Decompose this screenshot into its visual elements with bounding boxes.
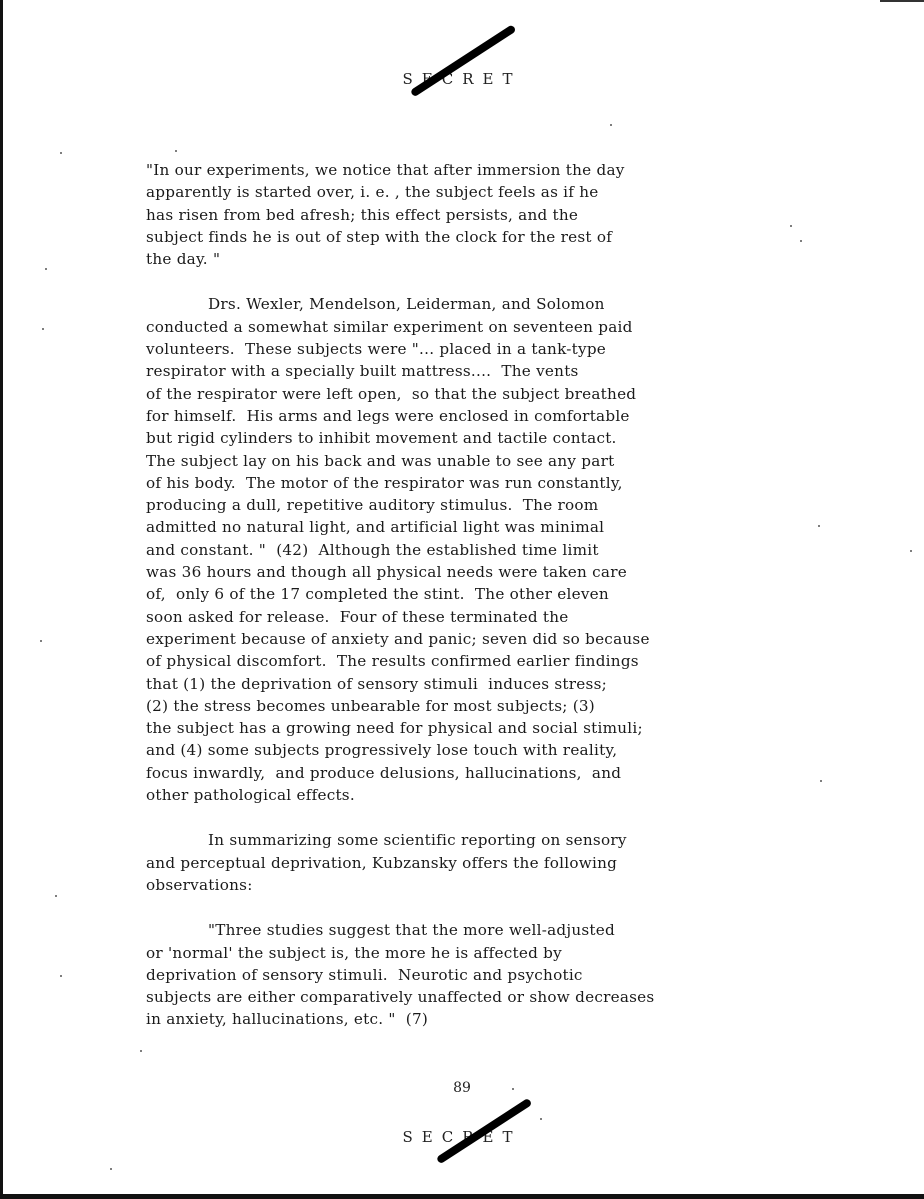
scan-speck — [55, 895, 57, 897]
text-line: "Three studies suggest that the more wel… — [146, 919, 786, 941]
text-line: of his body. The motor of the respirator… — [146, 472, 786, 494]
paragraph: Drs. Wexler, Mendelson, Leiderman, and S… — [146, 293, 786, 806]
text-line: In summarizing some scientific reporting… — [146, 829, 786, 851]
text-line: Drs. Wexler, Mendelson, Leiderman, and S… — [146, 293, 786, 315]
scan-speck — [540, 1118, 542, 1120]
scan-speck — [60, 152, 62, 154]
scan-speck — [610, 124, 612, 126]
text-line: was 36 hours and though all physical nee… — [146, 561, 786, 583]
text-line: and perceptual deprivation, Kubzansky of… — [146, 852, 786, 874]
text-line: the day. " — [146, 248, 786, 270]
text-line: deprivation of sensory stimuli. Neurotic… — [146, 964, 786, 986]
scan-speck — [60, 975, 62, 977]
text-line: of the respirator were left open, so tha… — [146, 383, 786, 405]
text-line: subject finds he is out of step with the… — [146, 226, 786, 248]
paragraph-gap — [146, 806, 786, 829]
paragraph: In summarizing some scientific reporting… — [146, 829, 786, 896]
text-line: has risen from bed afresh; this effect p… — [146, 204, 786, 226]
scan-speck — [910, 550, 912, 552]
page-edge-top — [880, 0, 924, 2]
text-line: experiment because of anxiety and panic;… — [146, 628, 786, 650]
text-line: of physical discomfort. The results conf… — [146, 650, 786, 672]
text-line: for himself. His arms and legs were encl… — [146, 405, 786, 427]
text-line: The subject lay on his back and was unab… — [146, 450, 786, 472]
text-line: of, only 6 of the 17 completed the stint… — [146, 583, 786, 605]
scan-speck — [45, 268, 47, 270]
paragraph: "In our experiments, we notice that afte… — [146, 159, 786, 270]
text-line: other pathological effects. — [146, 784, 786, 806]
text-line: the subject has a growing need for physi… — [146, 717, 786, 739]
page-edge-bottom — [0, 1194, 924, 1199]
text-line: subjects are either comparatively unaffe… — [146, 986, 786, 1008]
scan-speck — [790, 225, 792, 227]
text-line: apparently is started over, i. e. , the … — [146, 181, 786, 203]
text-line: and (4) some subjects progressively lose… — [146, 739, 786, 761]
text-line: and constant. " (42) Although the establ… — [146, 539, 786, 561]
text-line: producing a dull, repetitive auditory st… — [146, 494, 786, 516]
text-line: but rigid cylinders to inhibit movement … — [146, 427, 786, 449]
scan-speck — [140, 1050, 142, 1052]
scan-speck — [512, 1088, 514, 1090]
text-line: focus inwardly, and produce delusions, h… — [146, 762, 786, 784]
paragraph-gap — [146, 270, 786, 293]
page-number: 89 — [0, 1080, 924, 1096]
scan-speck — [42, 328, 44, 330]
text-line: conducted a somewhat similar experiment … — [146, 316, 786, 338]
text-line: soon asked for release. Four of these te… — [146, 606, 786, 628]
header-classification-marking: SECRET — [0, 70, 924, 88]
document-body: "In our experiments, we notice that afte… — [146, 159, 786, 1031]
scan-speck — [110, 1168, 112, 1170]
page-edge-left — [0, 0, 3, 1199]
text-line: observations: — [146, 874, 786, 896]
text-line: in anxiety, hallucinations, etc. " (7) — [146, 1008, 786, 1030]
scan-speck — [40, 640, 42, 642]
text-line: respirator with a specially built mattre… — [146, 360, 786, 382]
text-line: volunteers. These subjects were "... pla… — [146, 338, 786, 360]
paragraph-gap — [146, 896, 786, 919]
paragraph-container: "In our experiments, we notice that afte… — [146, 159, 786, 1031]
paragraph: "Three studies suggest that the more wel… — [146, 919, 786, 1030]
scan-speck — [800, 240, 802, 242]
scan-speck — [820, 780, 822, 782]
text-line: "In our experiments, we notice that afte… — [146, 159, 786, 181]
scan-speck — [818, 525, 820, 527]
text-line: or 'normal' the subject is, the more he … — [146, 942, 786, 964]
text-line: (2) the stress becomes unbearable for mo… — [146, 695, 786, 717]
scan-speck — [175, 150, 177, 152]
text-line: admitted no natural light, and artificia… — [146, 516, 786, 538]
text-line: that (1) the deprivation of sensory stim… — [146, 673, 786, 695]
